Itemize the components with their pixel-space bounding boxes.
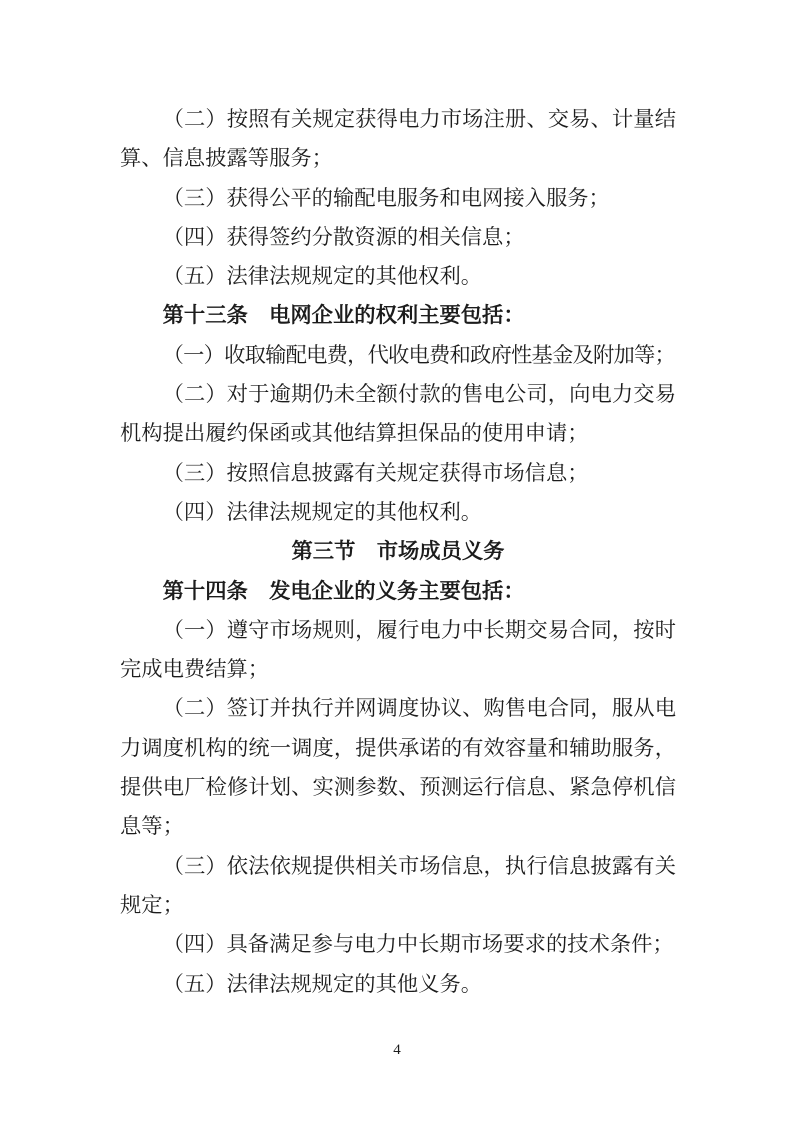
document-line: （二）签订并执行并网调度协议、购售电合同，服从电: [120, 689, 676, 728]
document-line: （四）法律法规规定的其他权利。: [120, 493, 676, 532]
document-line: （四）获得签约分散资源的相关信息；: [120, 218, 676, 257]
document-line: （三）依法依规提供相关市场信息，执行信息披露有关: [120, 847, 676, 886]
document-line: （三）获得公平的输配电服务和电网接入服务；: [120, 179, 676, 218]
document-line: 力调度机构的统一调度，提供承诺的有效容量和辅助服务，: [120, 729, 676, 768]
page-number: 4: [0, 1040, 794, 1060]
document-line: （一）收取输配电费，代收电费和政府性基金及附加等；: [120, 336, 676, 375]
article-13-heading: 第十三条 电网企业的权利主要包括：: [120, 296, 676, 335]
document-line: （三）按照信息披露有关规定获得市场信息；: [120, 454, 676, 493]
document-line: 规定；: [120, 886, 676, 925]
document-line: （五）法律法规规定的其他权利。: [120, 257, 676, 296]
document-line: （一）遵守市场规则，履行电力中长期交易合同，按时: [120, 611, 676, 650]
document-line: 算、信息披露等服务；: [120, 139, 676, 178]
article-14-heading: 第十四条 发电企业的义务主要包括：: [120, 572, 676, 611]
document-line: 提供电厂检修计划、实测参数、预测运行信息、紧急停机信: [120, 768, 676, 807]
document-line: 完成电费结算；: [120, 650, 676, 689]
document-page: （二）按照有关规定获得电力市场注册、交易、计量结 算、信息披露等服务； （三）获…: [0, 0, 794, 1123]
document-line: （二）按照有关规定获得电力市场注册、交易、计量结: [120, 100, 676, 139]
document-line: （二）对于逾期仍未全额付款的售电公司，向电力交易: [120, 375, 676, 414]
section-3-heading: 第三节 市场成员义务: [120, 532, 676, 571]
document-line: 机构提出履约保函或其他结算担保品的使用申请；: [120, 414, 676, 453]
document-line: （四）具备满足参与电力中长期市场要求的技术条件；: [120, 925, 676, 964]
document-line: 息等；: [120, 807, 676, 846]
document-body: （二）按照有关规定获得电力市场注册、交易、计量结 算、信息披露等服务； （三）获…: [120, 100, 676, 1004]
document-line: （五）法律法规规定的其他义务。: [120, 965, 676, 1004]
